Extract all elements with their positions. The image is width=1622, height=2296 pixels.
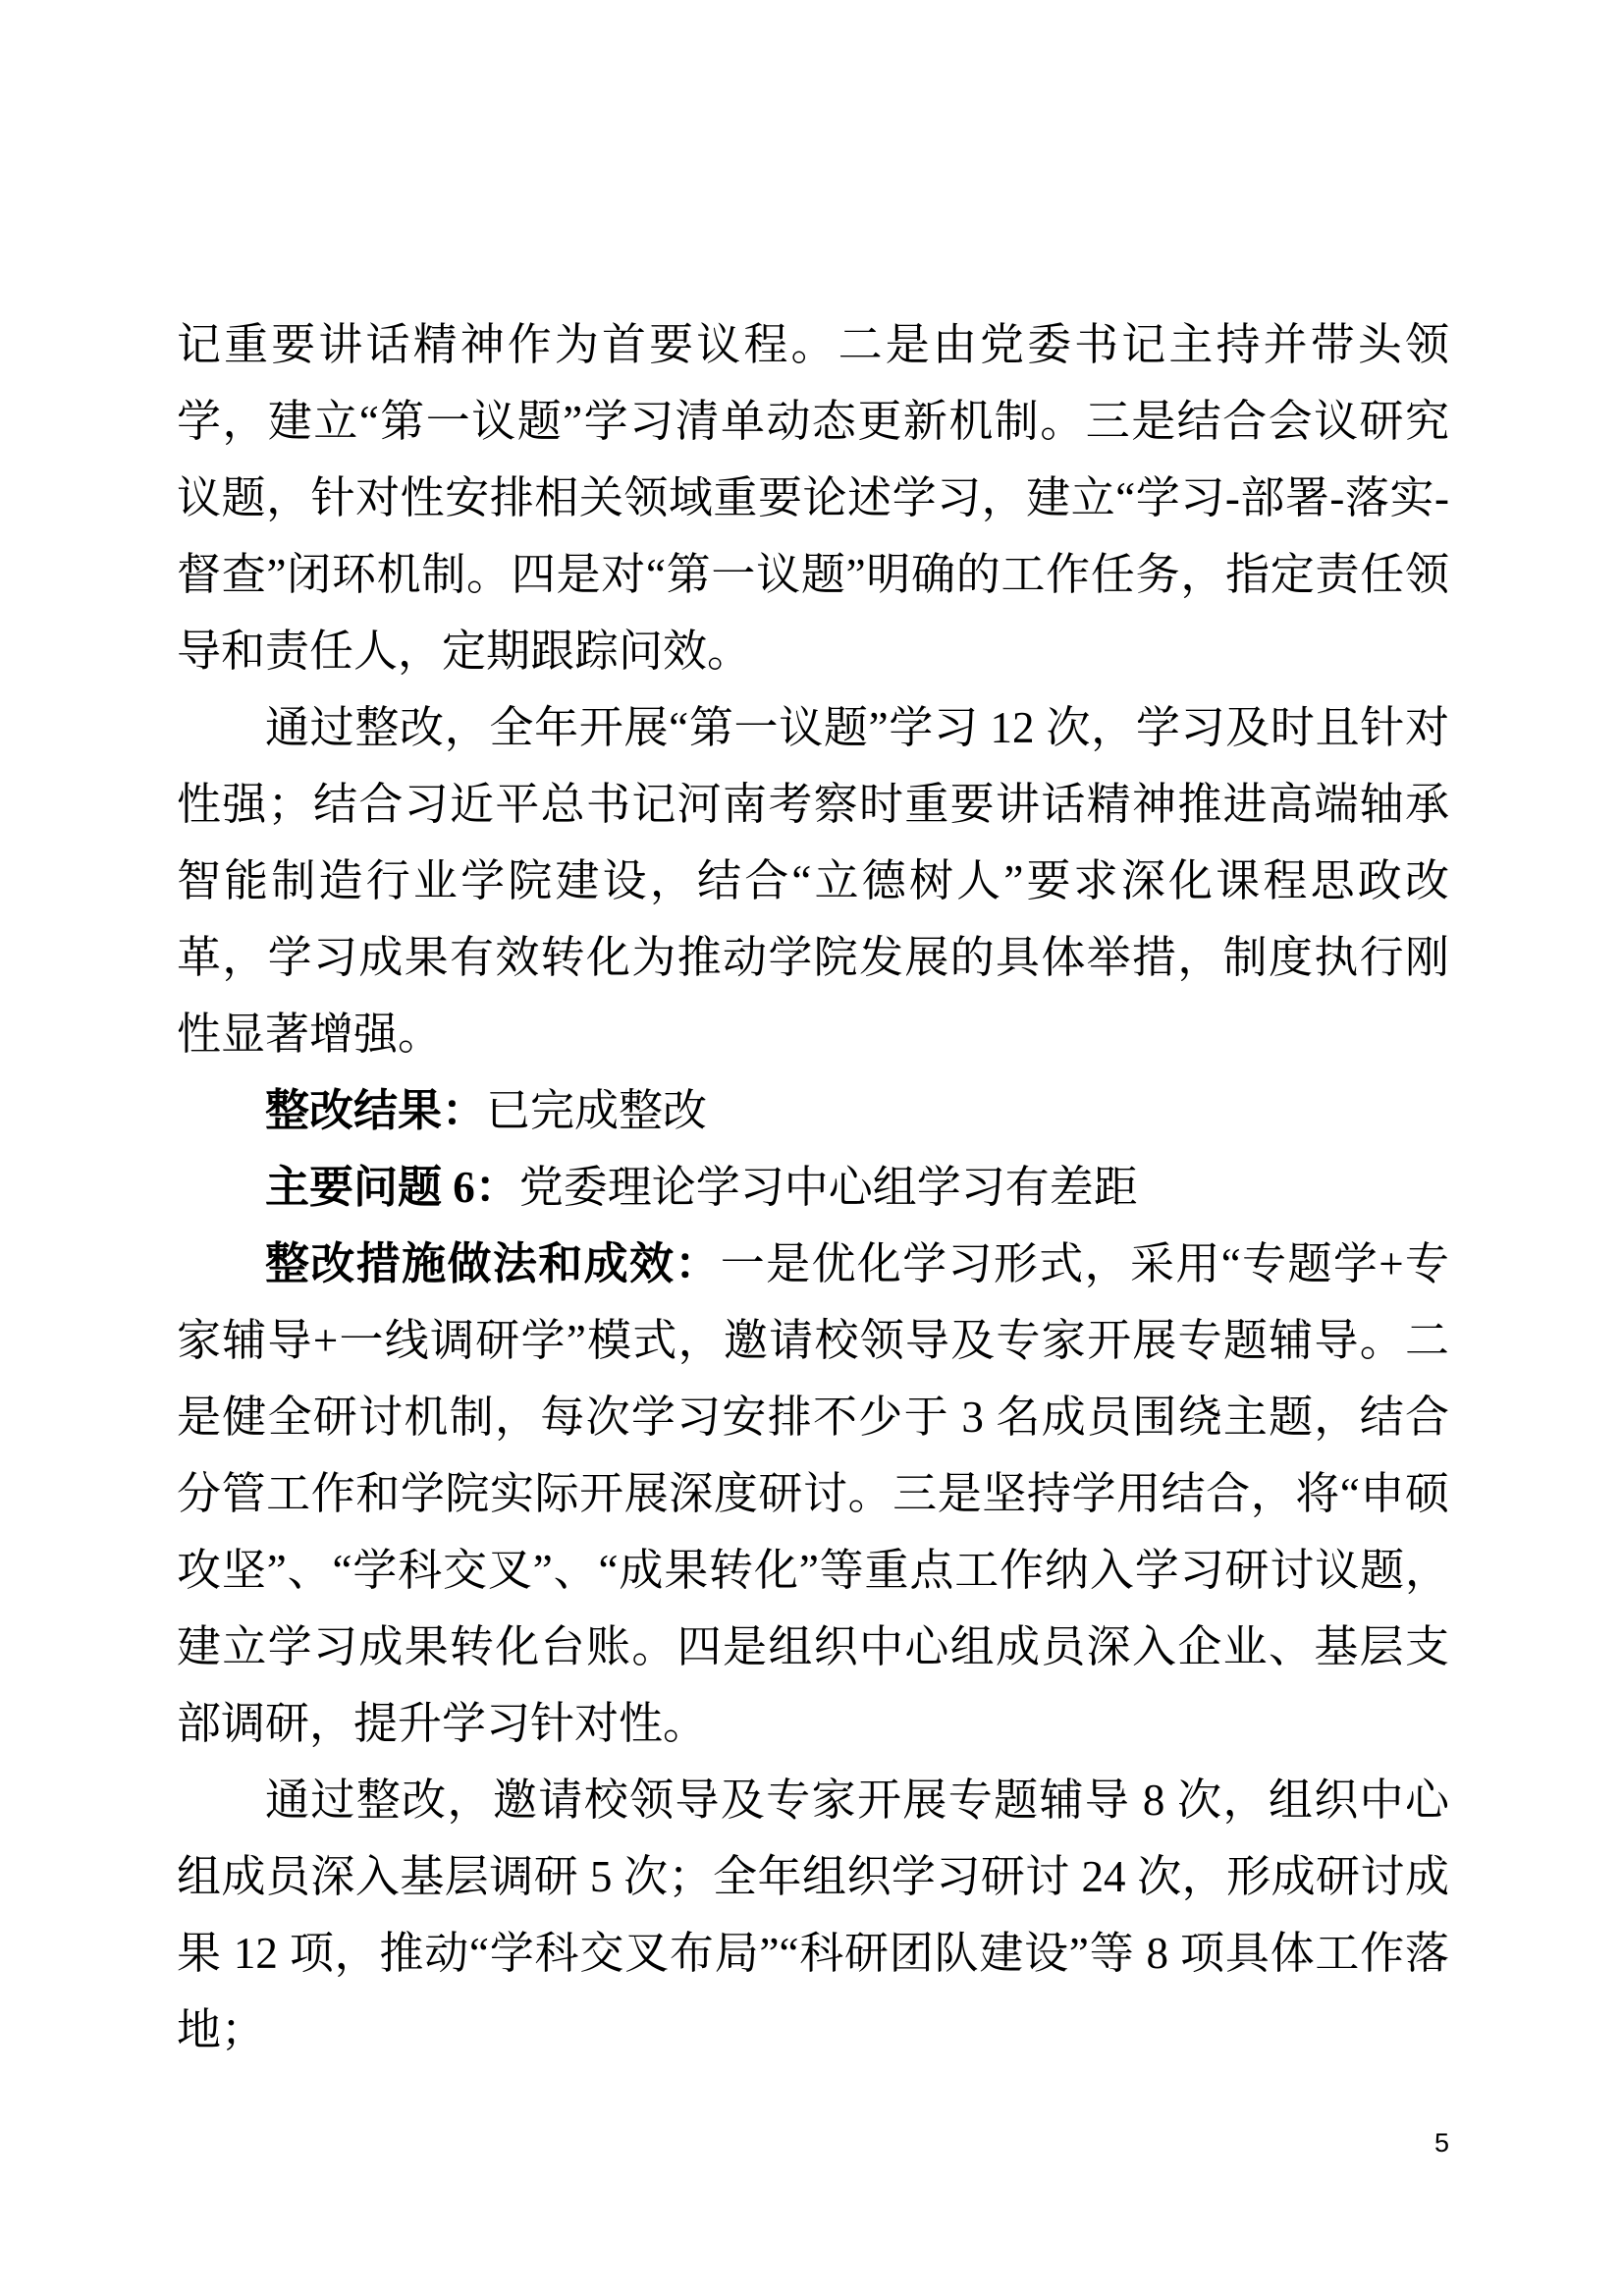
measures-text: 一是优化学习形式，采用“专题学+专家辅导+一线调研学”模式，邀请校领导及专家开展… — [177, 1239, 1449, 1748]
rectification-result-label: 整改结果： — [265, 1086, 486, 1135]
page-number: 5 — [177, 2127, 1449, 2159]
measures-label: 整改措施做法和成效： — [265, 1239, 721, 1288]
paragraph-measures: 整改措施做法和成效：一是优化学习形式，采用“专题学+专家辅导+一线调研学”模式，… — [177, 1226, 1449, 1762]
main-issue-6-label: 主要问题 6： — [265, 1163, 519, 1212]
paragraph-rectification-summary-1: 通过整改，全年开展“第一议题”学习 12 次，学习及时且针对性强；结合习近平总书… — [177, 689, 1449, 1072]
paragraph-main-issue-6: 主要问题 6：党委理论学习中心组学习有差距 — [177, 1149, 1449, 1226]
paragraph-rectification-summary-2: 通过整改，邀请校领导及专家开展专题辅导 8 次，组织中心组成员深入基层调研 5 … — [177, 1762, 1449, 2068]
paragraph-continuation: 记重要讲话精神作为首要议程。二是由党委书记主持并带头领学，建立“第一议题”学习清… — [177, 306, 1449, 689]
rectification-result-text: 已完成整改 — [486, 1086, 707, 1135]
main-issue-6-text: 党委理论学习中心组学习有差距 — [519, 1163, 1138, 1212]
document-page: 记重要讲话精神作为首要议程。二是由党委书记主持并带头领学，建立“第一议题”学习清… — [0, 0, 1622, 2296]
paragraph-rectification-result: 整改结果：已完成整改 — [177, 1072, 1449, 1149]
document-body: 记重要讲话精神作为首要议程。二是由党委书记主持并带头领学，建立“第一议题”学习清… — [177, 306, 1449, 2068]
